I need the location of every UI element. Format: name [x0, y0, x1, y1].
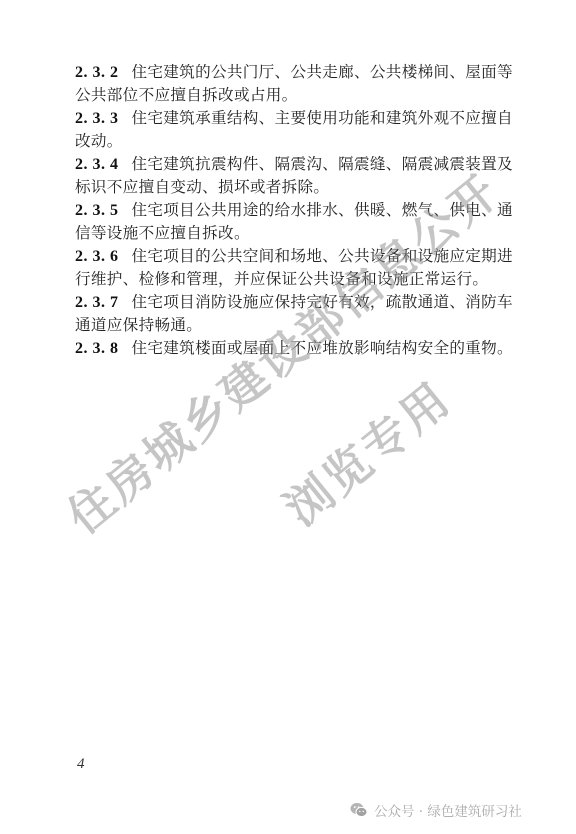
clause-number: 2. 3. 6 [75, 248, 119, 265]
clause-text: 标识不应擅自变动、损坏或者拆除。 [75, 178, 329, 196]
clause-number: 2. 3. 5 [75, 202, 119, 219]
clause-text: 住宅建筑承重结构、主要使用功能和建筑外观不应擅自 [132, 109, 513, 127]
clause-text: 住宅项目公共用途的给水排水、供暖、燃气、供电、通 [132, 201, 513, 219]
clause-2-3-2-line-1: 2. 3. 2住宅建筑的公共门厅、公共走廊、公共楼梯间、屋面等 [75, 61, 505, 84]
clause-text: 改动。 [75, 132, 123, 150]
clause-2-3-3-line-1: 2. 3. 3住宅建筑承重结构、主要使用功能和建筑外观不应擅自 [75, 107, 505, 130]
clause-text: 住宅建筑抗震构件、隔震沟、隔震缝、隔震减震装置及 [132, 155, 513, 173]
wechat-icon [350, 802, 368, 818]
watermark-line-2: 浏览专用 [269, 364, 463, 539]
clause-list: 2. 3. 2住宅建筑的公共门厅、公共走廊、公共楼梯间、屋面等 公共部位不应擅自… [75, 61, 505, 360]
clause-2-3-5-line-2: 信等设施不应擅自拆改。 [75, 222, 505, 245]
clause-2-3-3-line-2: 改动。 [75, 130, 505, 153]
footer-label: 公众号 · 绿色建筑研习社 [374, 800, 522, 820]
clause-text: 通道应保持畅通。 [75, 316, 202, 334]
clause-number: 2. 3. 4 [75, 156, 119, 173]
clause-2-3-6-line-2: 行维护、检修和管理，并应保证公共设备和设施正常运行。 [75, 268, 505, 291]
clause-text: 住宅项目的公共空间和场地、公共设备和设施应定期进 [132, 247, 513, 265]
clause-2-3-8-line-1: 2. 3. 8住宅建筑楼面或屋面上不应堆放影响结构安全的重物。 [75, 337, 505, 360]
clause-text: 住宅项目消防设施应保持完好有效，疏散通道、消防车 [132, 293, 513, 311]
clause-2-3-2-line-2: 公共部位不应擅自拆改或占用。 [75, 84, 505, 107]
clause-number: 2. 3. 7 [75, 294, 119, 311]
wechat-account-footer: 公众号 · 绿色建筑研习社 [350, 800, 522, 820]
clause-2-3-7-line-2: 通道应保持畅通。 [75, 314, 505, 337]
clause-text: 公共部位不应擅自拆改或占用。 [75, 86, 298, 104]
clause-number: 2. 3. 8 [75, 340, 119, 357]
clause-number: 2. 3. 2 [75, 64, 119, 81]
clause-text: 行维护、检修和管理，并应保证公共设备和设施正常运行。 [75, 270, 488, 288]
clause-2-3-6-line-1: 2. 3. 6住宅项目的公共空间和场地、公共设备和设施应定期进 [75, 245, 505, 268]
clause-number: 2. 3. 3 [75, 110, 119, 127]
page-number: 4 [77, 756, 85, 773]
clause-text: 信等设施不应擅自拆改。 [75, 224, 250, 242]
clause-2-3-4-line-1: 2. 3. 4住宅建筑抗震构件、隔震沟、隔震缝、隔震减震装置及 [75, 153, 505, 176]
document-page: 2. 3. 2住宅建筑的公共门厅、公共走廊、公共楼梯间、屋面等 公共部位不应擅自… [0, 0, 576, 834]
clause-text: 住宅建筑楼面或屋面上不应堆放影响结构安全的重物。 [132, 339, 513, 357]
clause-2-3-7-line-1: 2. 3. 7住宅项目消防设施应保持完好有效，疏散通道、消防车 [75, 291, 505, 314]
clause-2-3-5-line-1: 2. 3. 5住宅项目公共用途的给水排水、供暖、燃气、供电、通 [75, 199, 505, 222]
clause-2-3-4-line-2: 标识不应擅自变动、损坏或者拆除。 [75, 176, 505, 199]
clause-text: 住宅建筑的公共门厅、公共走廊、公共楼梯间、屋面等 [132, 63, 513, 81]
